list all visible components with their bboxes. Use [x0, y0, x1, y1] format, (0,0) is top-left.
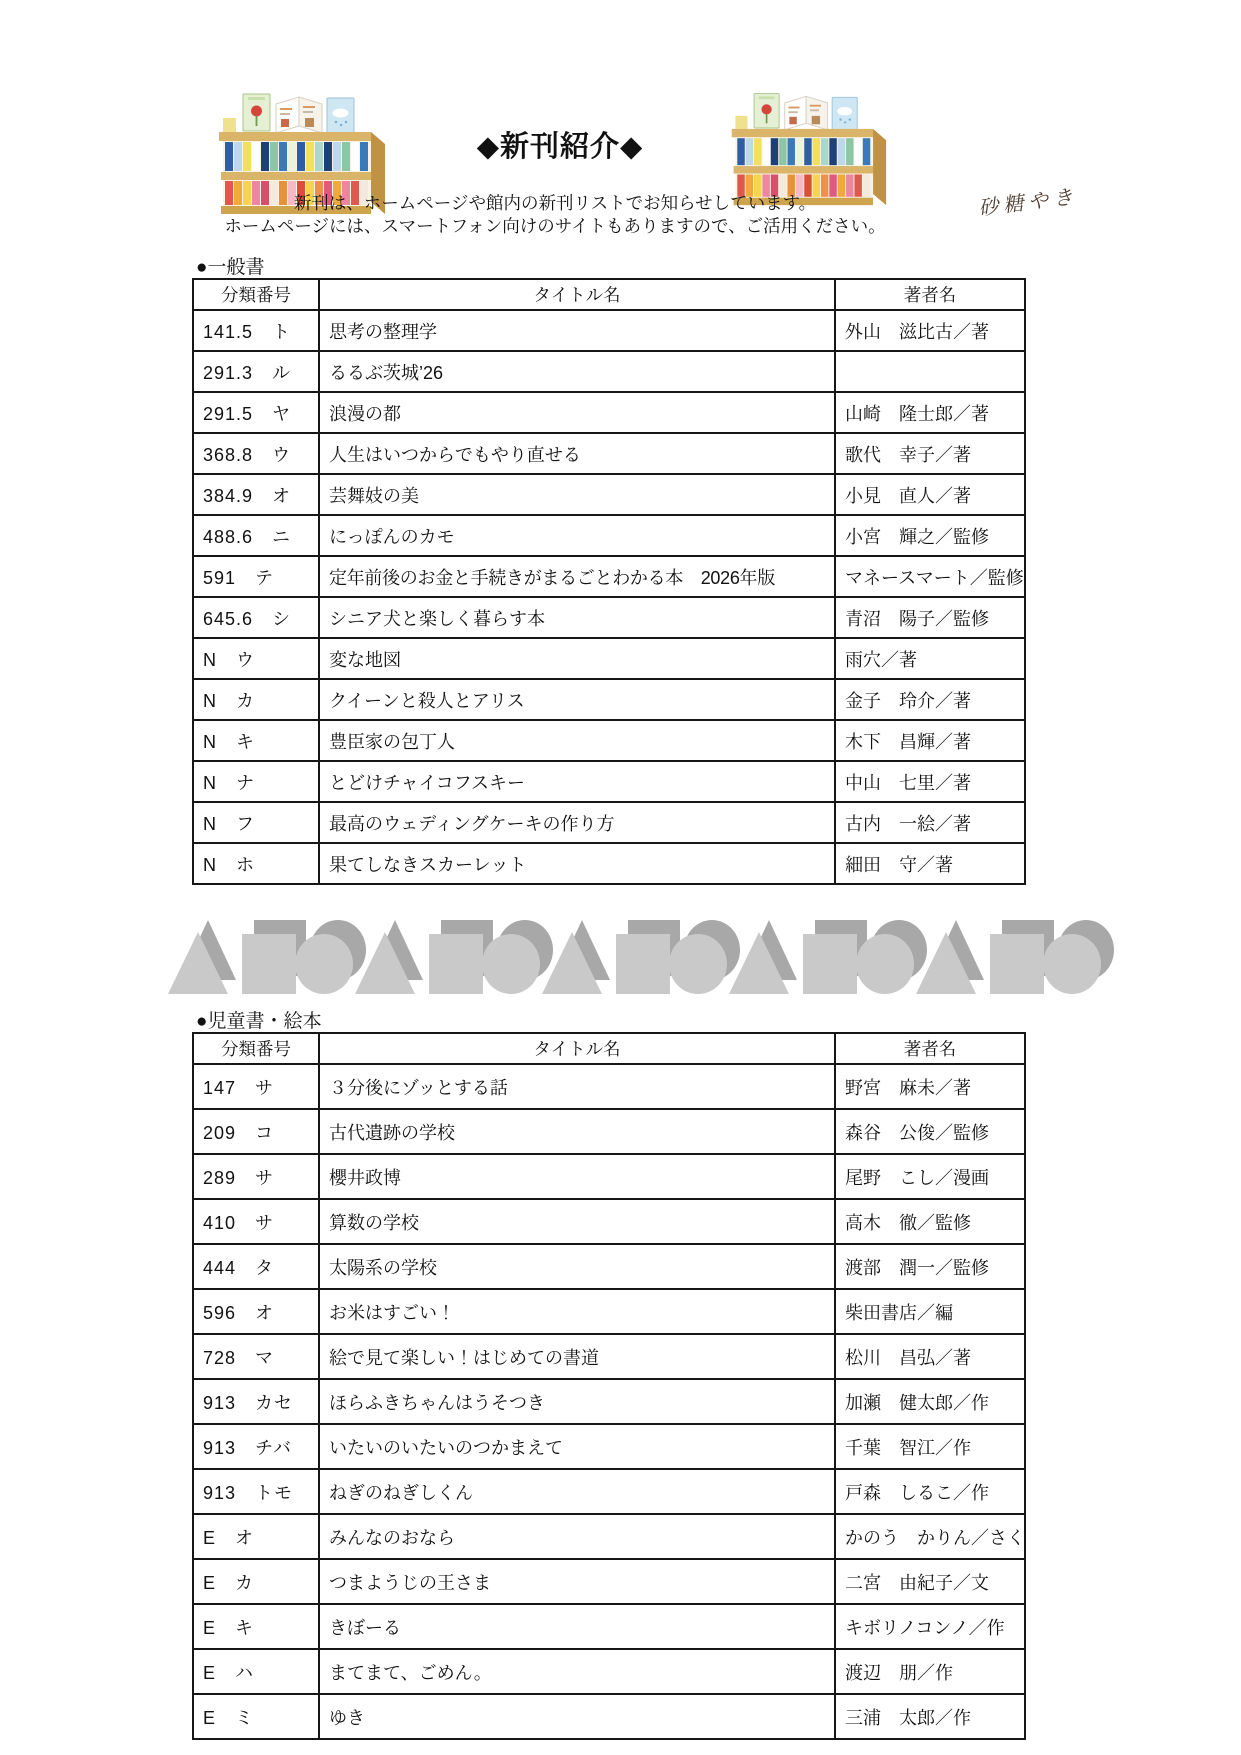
cell-class-number: 913 チバ: [193, 1424, 319, 1469]
cell-author: 外山 滋比古／著: [835, 310, 1025, 351]
table-row: N フ最高のウェディングケーキの作り方古内 一絵／著: [193, 802, 1025, 843]
cell-title: お米はすごい！: [319, 1289, 835, 1334]
cell-title: 豊臣家の包丁人: [319, 720, 835, 761]
cell-title: 絵で見て楽しい！はじめての書道: [319, 1334, 835, 1379]
table-row: 488.6 ニにっぽんのカモ小宮 輝之／監修: [193, 515, 1025, 556]
intro-line-1: 新刊は、ホームページや館内の新刊リストでお知らせしています。: [55, 192, 1055, 215]
cell-author: 高木 徹／監修: [835, 1199, 1025, 1244]
table-row: 913 トモねぎのねぎしくん戸森 しるこ／作: [193, 1469, 1025, 1514]
header-row: 分類番号タイトル名著者名: [193, 279, 1025, 310]
table-row: E ハまてまて、ごめん。渡辺 朋／作: [193, 1649, 1025, 1694]
cell-author: 中山 七里／著: [835, 761, 1025, 802]
cell-author: 小宮 輝之／監修: [835, 515, 1025, 556]
cell-author: 渡辺 朋／作: [835, 1649, 1025, 1694]
cell-author: 小見 直人／著: [835, 474, 1025, 515]
cell-class-number: E ミ: [193, 1694, 319, 1739]
cell-class-number: 209 コ: [193, 1109, 319, 1154]
cell-class-number: N カ: [193, 679, 319, 720]
cell-class-number: N ナ: [193, 761, 319, 802]
cell-title: 芸舞妓の美: [319, 474, 835, 515]
cell-title: 算数の学校: [319, 1199, 835, 1244]
cell-class-number: 488.6 ニ: [193, 515, 319, 556]
table-row: 591 テ定年前後のお金と手続きがまるごとわかる本 2026年版マネースマート／…: [193, 556, 1025, 597]
cell-author: 細田 守／著: [835, 843, 1025, 884]
cell-title: 最高のウェディングケーキの作り方: [319, 802, 835, 843]
cell-author: 青沼 陽子／監修: [835, 597, 1025, 638]
cell-author: [835, 351, 1025, 392]
cell-author: 木下 昌輝／著: [835, 720, 1025, 761]
children-books-table: 分類番号タイトル名著者名147 サ３分後にゾッとする話野宮 麻未／著209 コ古…: [192, 1032, 1026, 1740]
cell-author: 歌代 幸子／著: [835, 433, 1025, 474]
cell-title: ほらふきちゃんはうそつき: [319, 1379, 835, 1424]
table-row: 291.3 ルるるぶ茨城’26: [193, 351, 1025, 392]
cell-class-number: E キ: [193, 1604, 319, 1649]
column-header-author: 著者名: [835, 1033, 1025, 1064]
cell-title: 人生はいつからでもやり直せる: [319, 433, 835, 474]
gray-geometric-shapes-divider: [166, 918, 1116, 1000]
column-header-title: タイトル名: [319, 1033, 835, 1064]
cell-title: 果てしなきスカーレット: [319, 843, 835, 884]
table-row: 368.8 ウ人生はいつからでもやり直せる歌代 幸子／著: [193, 433, 1025, 474]
table-row: N カクイーンと殺人とアリス金子 玲介／著: [193, 679, 1025, 720]
table-row: E キきぼーるキボリノコンノ／作: [193, 1604, 1025, 1649]
cell-class-number: N ホ: [193, 843, 319, 884]
cell-title: 変な地図: [319, 638, 835, 679]
cell-title: まてまて、ごめん。: [319, 1649, 835, 1694]
cell-class-number: 291.5 ヤ: [193, 392, 319, 433]
cell-author: 尾野 こし／漫画: [835, 1154, 1025, 1199]
column-header-class_no: 分類番号: [193, 1033, 319, 1064]
cell-class-number: N キ: [193, 720, 319, 761]
cell-author: 金子 玲介／著: [835, 679, 1025, 720]
cell-class-number: E ハ: [193, 1649, 319, 1694]
cell-author: 雨穴／著: [835, 638, 1025, 679]
table-row: 384.9 オ芸舞妓の美小見 直人／著: [193, 474, 1025, 515]
intro-line-2: ホームページには、スマートフォン向けのサイトもありますので、ご活用ください。: [55, 215, 1055, 238]
cell-author: マネースマート／監修: [835, 556, 1025, 597]
section-label-children-books: ●児童書・絵本: [196, 1006, 321, 1033]
cell-author: 森谷 公俊／監修: [835, 1109, 1025, 1154]
cell-title: ねぎのねぎしくん: [319, 1469, 835, 1514]
column-header-title: タイトル名: [319, 279, 835, 310]
general-books-table: 分類番号タイトル名著者名141.5 ト思考の整理学外山 滋比古／著291.3 ル…: [192, 278, 1026, 885]
cell-class-number: 141.5 ト: [193, 310, 319, 351]
table-row: E ミゆき三浦 太郎／作: [193, 1694, 1025, 1739]
table-row: 291.5 ヤ浪漫の都山崎 隆士郎／著: [193, 392, 1025, 433]
cell-author: 千葉 智江／作: [835, 1424, 1025, 1469]
cell-title: ゆき: [319, 1694, 835, 1739]
cell-class-number: N フ: [193, 802, 319, 843]
table-row: 209 コ古代遺跡の学校森谷 公俊／監修: [193, 1109, 1025, 1154]
cell-class-number: E カ: [193, 1559, 319, 1604]
newsletter-page: ◆新刊紹介◆ 砂糖やき 新刊は、ホームページや館内の新刊リストでお知らせしていま…: [0, 0, 1241, 1755]
cell-title: クイーンと殺人とアリス: [319, 679, 835, 720]
cell-title: きぼーる: [319, 1604, 835, 1649]
cell-class-number: 596 オ: [193, 1289, 319, 1334]
cell-author: かのう かりん／さく: [835, 1514, 1025, 1559]
cell-author: 三浦 太郎／作: [835, 1694, 1025, 1739]
cell-class-number: N ウ: [193, 638, 319, 679]
cell-title: 太陽系の学校: [319, 1244, 835, 1289]
cell-title: 古代遺跡の学校: [319, 1109, 835, 1154]
cell-class-number: 591 テ: [193, 556, 319, 597]
cell-author: 野宮 麻未／著: [835, 1064, 1025, 1109]
table-row: 141.5 ト思考の整理学外山 滋比古／著: [193, 310, 1025, 351]
cell-class-number: 645.6 シ: [193, 597, 319, 638]
cell-class-number: 410 サ: [193, 1199, 319, 1244]
cell-title: つまようじの王さま: [319, 1559, 835, 1604]
cell-title: シニア犬と楽しく暮らす本: [319, 597, 835, 638]
cell-class-number: 368.8 ウ: [193, 433, 319, 474]
cell-title: 定年前後のお金と手続きがまるごとわかる本 2026年版: [319, 556, 835, 597]
table-row: N キ豊臣家の包丁人木下 昌輝／著: [193, 720, 1025, 761]
cell-title: とどけチャイコフスキー: [319, 761, 835, 802]
section-label-general-books: ●一般書: [196, 252, 264, 279]
cell-author: 松川 昌弘／著: [835, 1334, 1025, 1379]
header-row: 分類番号タイトル名著者名: [193, 1033, 1025, 1064]
intro-text: 新刊は、ホームページや館内の新刊リストでお知らせしています。 ホームページには、…: [55, 192, 1055, 238]
table-row: 728 マ絵で見て楽しい！はじめての書道松川 昌弘／著: [193, 1334, 1025, 1379]
column-header-class_no: 分類番号: [193, 279, 319, 310]
cell-author: 山崎 隆士郎／著: [835, 392, 1025, 433]
table-row: E オみんなのおならかのう かりん／さく: [193, 1514, 1025, 1559]
column-header-author: 著者名: [835, 279, 1025, 310]
cell-title: ３分後にゾッとする話: [319, 1064, 835, 1109]
table-row: 289 サ櫻井政博尾野 こし／漫画: [193, 1154, 1025, 1199]
cell-class-number: 913 トモ: [193, 1469, 319, 1514]
table-row: N ウ変な地図雨穴／著: [193, 638, 1025, 679]
table-row: 147 サ３分後にゾッとする話野宮 麻未／著: [193, 1064, 1025, 1109]
cell-author: 渡部 潤一／監修: [835, 1244, 1025, 1289]
cell-class-number: 291.3 ル: [193, 351, 319, 392]
cell-author: キボリノコンノ／作: [835, 1604, 1025, 1649]
cell-class-number: 444 タ: [193, 1244, 319, 1289]
table-row: 645.6 シシニア犬と楽しく暮らす本青沼 陽子／監修: [193, 597, 1025, 638]
cell-title: みんなのおなら: [319, 1514, 835, 1559]
page-title: ◆新刊紹介◆: [420, 124, 700, 165]
cell-class-number: E オ: [193, 1514, 319, 1559]
table-row: 913 カセほらふきちゃんはうそつき加瀬 健太郎／作: [193, 1379, 1025, 1424]
cell-class-number: 384.9 オ: [193, 474, 319, 515]
cell-class-number: 728 マ: [193, 1334, 319, 1379]
cell-class-number: 147 サ: [193, 1064, 319, 1109]
table-row: 410 サ算数の学校高木 徹／監修: [193, 1199, 1025, 1244]
table-row: N ホ果てしなきスカーレット細田 守／著: [193, 843, 1025, 884]
table-row: 913 チバいたいのいたいのつかまえて千葉 智江／作: [193, 1424, 1025, 1469]
cell-author: 古内 一絵／著: [835, 802, 1025, 843]
cell-author: 二宮 由紀子／文: [835, 1559, 1025, 1604]
table-row: 444 タ太陽系の学校渡部 潤一／監修: [193, 1244, 1025, 1289]
bookshelf-icon: [726, 88, 889, 207]
table-row: E カつまようじの王さま二宮 由紀子／文: [193, 1559, 1025, 1604]
cell-author: 加瀬 健太郎／作: [835, 1379, 1025, 1424]
cell-title: 浪漫の都: [319, 392, 835, 433]
cell-author: 柴田書店／編: [835, 1289, 1025, 1334]
cell-title: 櫻井政博: [319, 1154, 835, 1199]
cell-title: 思考の整理学: [319, 310, 835, 351]
cell-author: 戸森 しるこ／作: [835, 1469, 1025, 1514]
table-row: 596 オお米はすごい！柴田書店／編: [193, 1289, 1025, 1334]
cell-title: るるぶ茨城’26: [319, 351, 835, 392]
cell-class-number: 289 サ: [193, 1154, 319, 1199]
cell-title: いたいのいたいのつかまえて: [319, 1424, 835, 1469]
cell-class-number: 913 カセ: [193, 1379, 319, 1424]
cell-title: にっぽんのカモ: [319, 515, 835, 556]
table-row: N ナとどけチャイコフスキー中山 七里／著: [193, 761, 1025, 802]
